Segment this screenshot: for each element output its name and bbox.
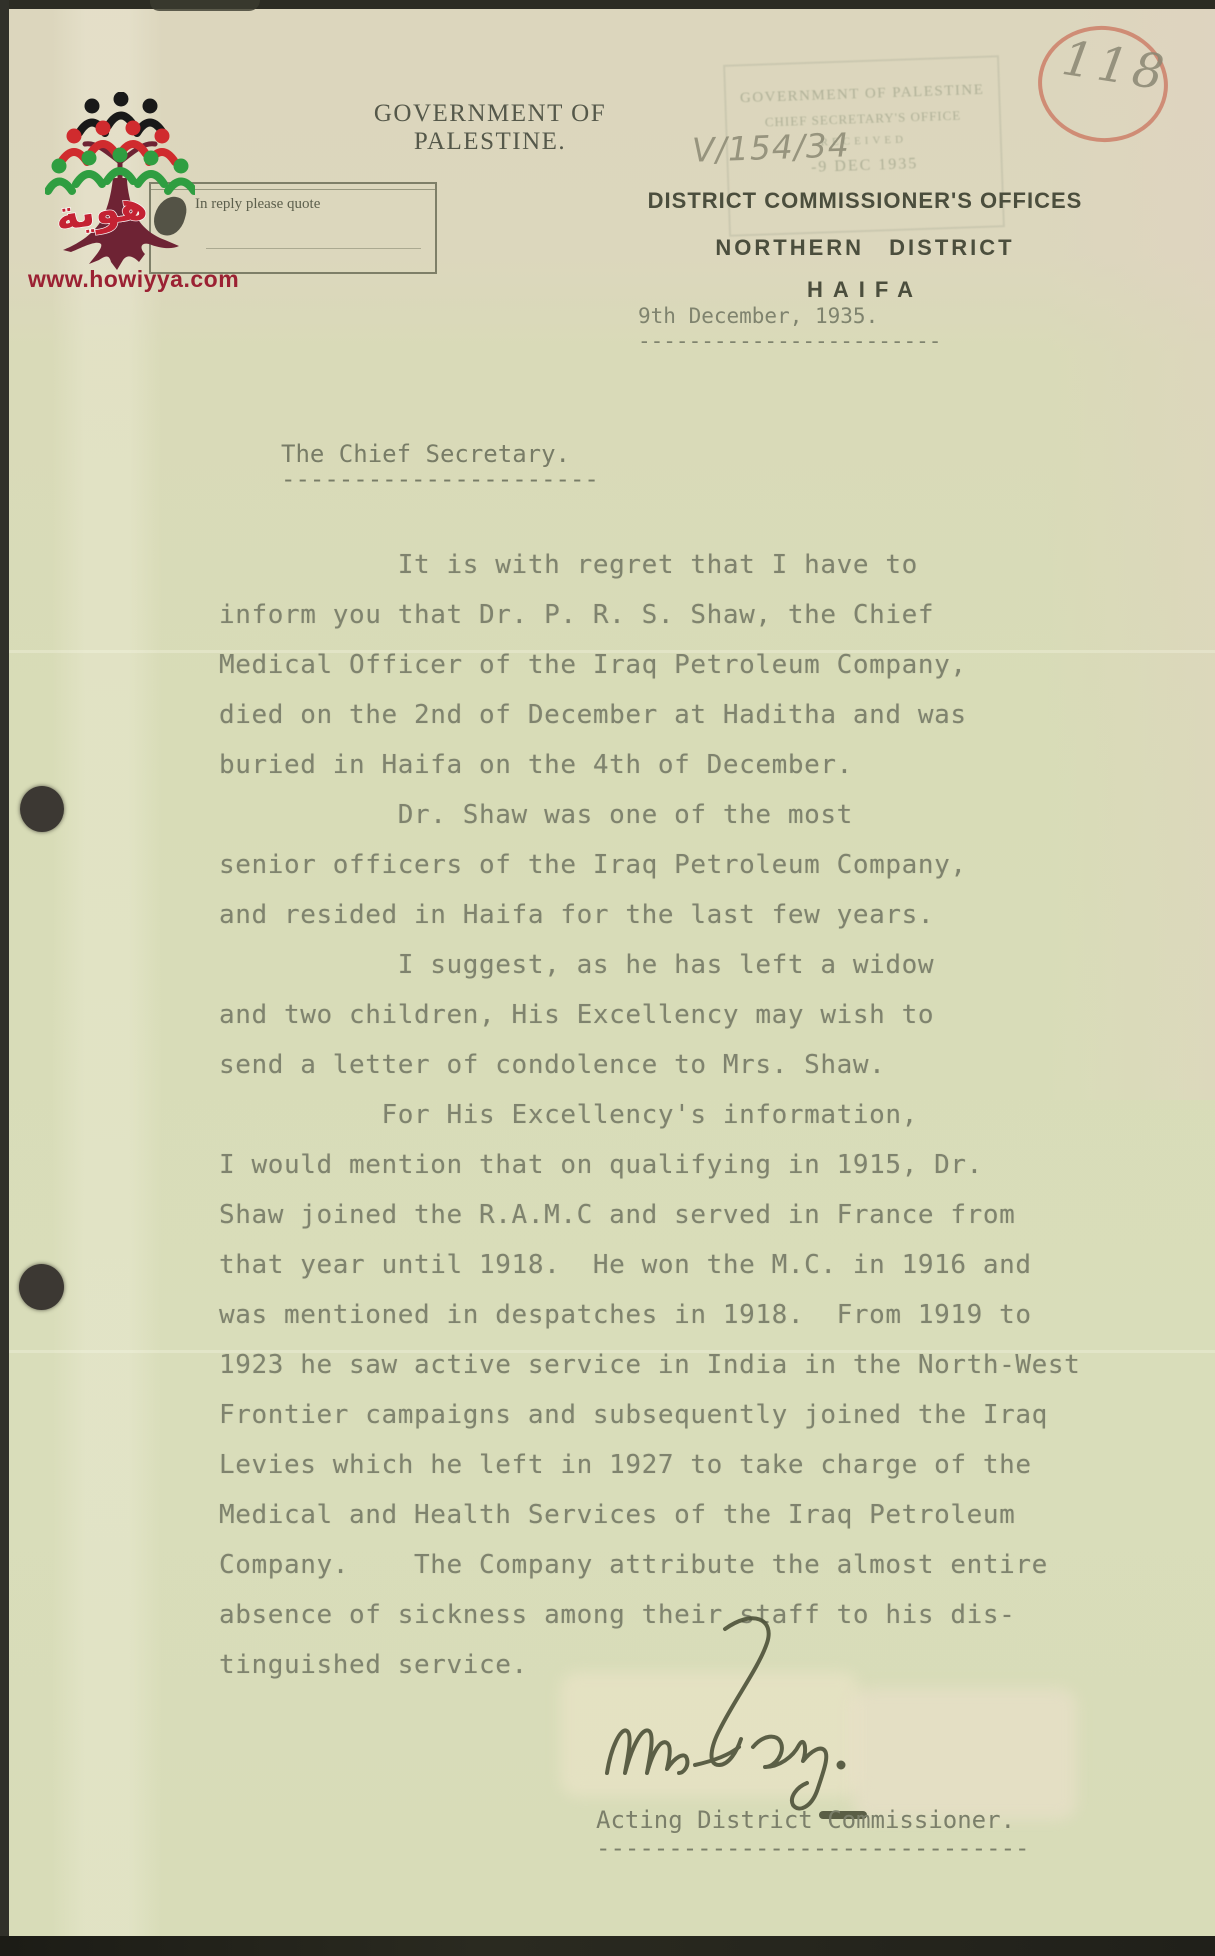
body-line: died on the 2nd of December at Haditha a… bbox=[219, 700, 1179, 750]
body-line: Company. The Company attribute the almos… bbox=[219, 1550, 1179, 1600]
handwritten-signature bbox=[545, 1615, 925, 1830]
hole-punch bbox=[19, 1264, 64, 1310]
scan-edge-left bbox=[0, 0, 9, 1956]
scanned-letter-page: GOVERNMENT OF PALESTINE CHIEF SECRETARY'… bbox=[0, 0, 1215, 1956]
city-name: HAIFA bbox=[630, 277, 1100, 303]
body-line: Medical Officer of the Iraq Petroleum Co… bbox=[219, 650, 1179, 700]
body-line: I suggest, as he has left a widow bbox=[219, 950, 1179, 1000]
stamp-line: GOVERNMENT OF PALESTINE bbox=[726, 81, 998, 107]
body-line: senior officers of the Iraq Petroleum Co… bbox=[219, 850, 1179, 900]
letter-date: 9th December, 1935. bbox=[638, 304, 878, 328]
reply-box-label: In reply please quote bbox=[195, 196, 320, 213]
body-line: was mentioned in despatches in 1918. Fro… bbox=[219, 1300, 1179, 1350]
body-line: and two children, His Excellency may wis… bbox=[219, 1000, 1179, 1050]
dashed-rule: ---------------------- bbox=[281, 465, 599, 493]
body-line: Medical and Health Services of the Iraq … bbox=[219, 1500, 1179, 1550]
body-line: It is with regret that I have to bbox=[219, 550, 1179, 600]
body-line: that year until 1918. He won the M.C. in… bbox=[219, 1250, 1179, 1300]
letter-body: It is with regret that I have toinform y… bbox=[219, 550, 1179, 1700]
watermark-url: www.howiyya.com bbox=[28, 266, 239, 293]
dashed-rule: ------------------------------ bbox=[596, 1834, 1029, 1862]
body-line: Levies which he left in 1927 to take cha… bbox=[219, 1450, 1179, 1500]
district-name: NORTHERN DISTRICT bbox=[630, 235, 1100, 261]
body-line: For His Excellency's information, bbox=[219, 1100, 1179, 1150]
office-name: DISTRICT COMMISSIONER'S OFFICES bbox=[630, 188, 1100, 214]
body-line: send a letter of condolence to Mrs. Shaw… bbox=[219, 1050, 1179, 1100]
body-line: inform you that Dr. P. R. S. Shaw, the C… bbox=[219, 600, 1179, 650]
body-line: buried in Haifa on the 4th of December. bbox=[219, 750, 1179, 800]
body-line: Shaw joined the R.A.M.C and served in Fr… bbox=[219, 1200, 1179, 1250]
body-line: Frontier campaigns and subsequently join… bbox=[219, 1400, 1179, 1450]
body-line: Dr. Shaw was one of the most bbox=[219, 800, 1179, 850]
body-line: 1923 he saw active service in India in t… bbox=[219, 1350, 1179, 1400]
dashed-rule: ------------------------ bbox=[638, 329, 941, 353]
body-line: I would mention that on qualifying in 19… bbox=[219, 1150, 1179, 1200]
government-title: GOVERNMENT OF PALESTINE. bbox=[300, 100, 680, 156]
body-line: and resided in Haifa for the last few ye… bbox=[219, 900, 1179, 950]
scan-edge-bottom bbox=[0, 1936, 1215, 1956]
reply-box-fill-line bbox=[206, 248, 421, 249]
signature-title: Acting District Commissioner. bbox=[596, 1806, 1015, 1834]
addressee: The Chief Secretary. bbox=[281, 440, 570, 468]
file-reference: V/154/34 bbox=[691, 125, 850, 169]
paper-light-strip bbox=[52, 0, 162, 1956]
howiyya-tree-logo: هوية bbox=[45, 92, 195, 272]
scan-edge-smudge bbox=[150, 0, 260, 11]
hole-punch bbox=[20, 786, 64, 832]
